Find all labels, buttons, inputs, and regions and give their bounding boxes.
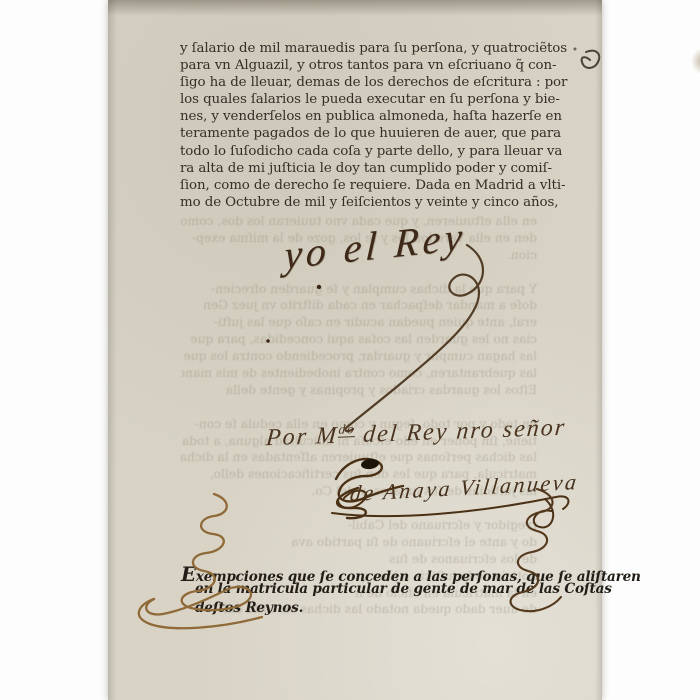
bleed-line: las dichas perſonas que eſtuuieren aſſen… xyxy=(181,450,537,467)
bleed-line: Y para que la dichas cumplan y ſe guarde… xyxy=(181,282,537,299)
print-line: todo lo ſuſodicho cada coſa y parte dell… xyxy=(180,144,542,161)
bleed-line: do y ante el eſcriuano de ſu partido ava xyxy=(181,535,537,552)
bleed-line: eral, ante quien puedan acudir en caſo q… xyxy=(181,315,537,332)
print-line: para vn Alguazil, y otros tantos para vn… xyxy=(180,58,542,75)
countersign-prefix: Por M xyxy=(265,423,339,452)
print-line: ſigo ha de lleuar, demas de los derechos… xyxy=(180,75,542,92)
heading-line: en la matricula particular de gente de m… xyxy=(195,581,553,600)
print-line: y ſalario de mil marauedis para ſu perſo… xyxy=(180,41,542,58)
print-line: ra alta de mi juſticia le doy tan cumpli… xyxy=(180,161,542,178)
bleed-line: las quebrantaren, como contra inobedient… xyxy=(181,366,537,383)
heading-line: deſtos Reynos. xyxy=(195,600,553,619)
print-line: ſion, como de derecho ſe requiere. Dada … xyxy=(180,178,542,195)
bleed-line xyxy=(181,400,537,417)
print-paragraph: y ſalario de mil marauedis para ſu perſo… xyxy=(180,41,542,212)
print-line: teramente pagados de lo que huuieren de … xyxy=(180,126,542,143)
print-line: nes, y venderſelos en publica almoneda, … xyxy=(180,109,542,126)
paper-top-edge xyxy=(108,0,602,16)
print-line: mo de Octubre de mil y ſeiſcientos y vei… xyxy=(180,195,542,212)
print-line: los quales ſalarios le pueda executar en… xyxy=(180,92,542,109)
bleed-line: Eſtos los guardas criados y propinas y g… xyxy=(181,383,537,400)
bleed-line: rregidor y eſcriuano del Cabil- xyxy=(181,518,537,535)
paper: en ella eſtuuieren, y que cada vno tuuie… xyxy=(108,0,602,700)
paper-left-edge xyxy=(108,0,117,700)
bleed-line: cias no les guarden las coſas aqui conce… xyxy=(181,332,537,349)
bleed-line: las hagan cumplir y guardar, procediendo… xyxy=(181,349,537,366)
heading-line: Exempciones que ſe conceden a las perſon… xyxy=(181,562,553,581)
superscript-abbreviation: do xyxy=(338,421,357,438)
page-background: en ella eſtuuieren, y que cada vno tuuie… xyxy=(0,0,700,700)
bleed-line: doſe a mandar deſpachar en cada diſtrito… xyxy=(181,298,537,315)
edge-stain xyxy=(691,48,700,74)
bottom-heading: Exempciones que ſe conceden a las perſon… xyxy=(181,562,553,620)
